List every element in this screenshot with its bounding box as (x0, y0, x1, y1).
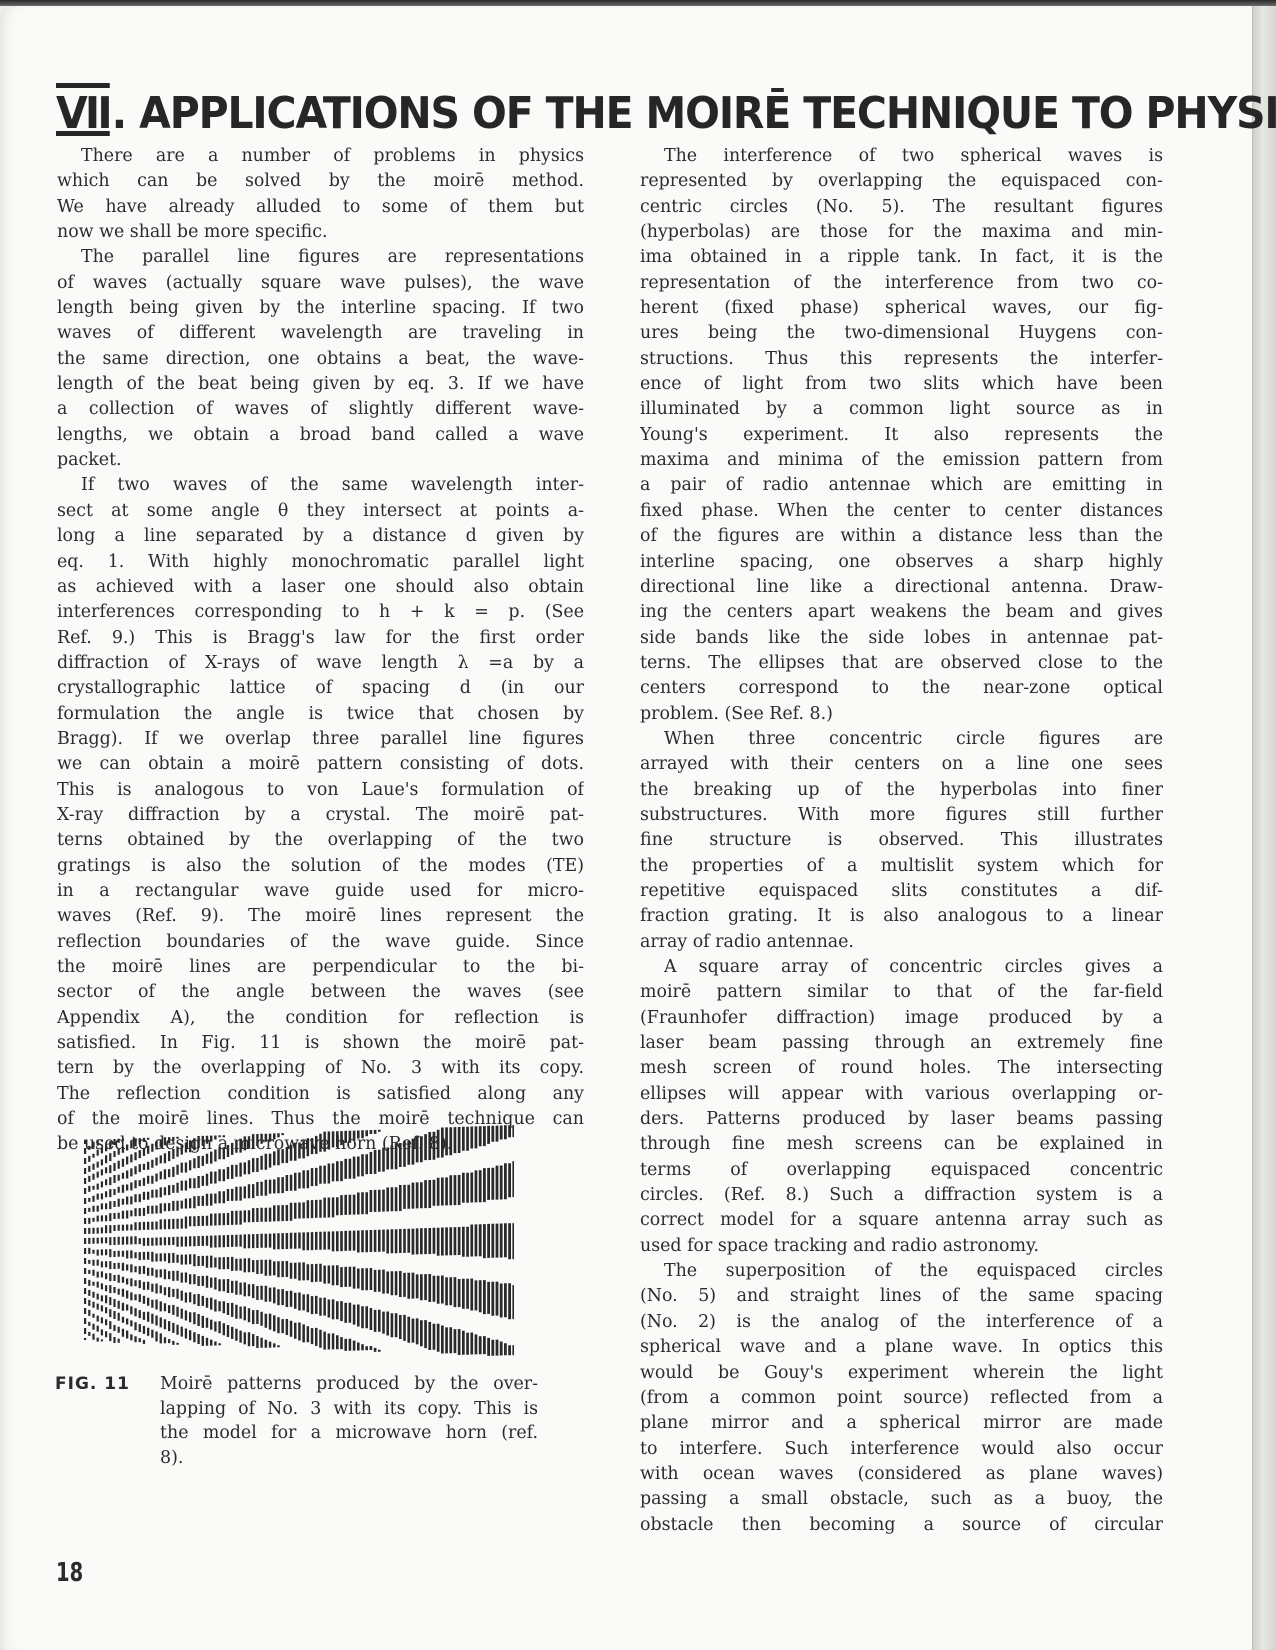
text-line: There are a number of problems in physic… (57, 144, 584, 169)
text-line: terms of overlapping equispaced concentr… (640, 1158, 1163, 1183)
text-line: ing the centers apart weakens the beam a… (640, 600, 1163, 625)
text-line: fine structure is observed. This illustr… (640, 828, 1163, 853)
moire-bars (84, 1125, 514, 1356)
text-line: moirē pattern similar to that of the far… (640, 980, 1163, 1005)
text-line: structions. Thus this represents the int… (640, 347, 1163, 372)
text-line: X-ray diffraction by a crystal. The moir… (57, 803, 584, 828)
text-line: side bands like the side lobes in antenn… (640, 626, 1163, 651)
text-line: lapping of No. 3 with its copy. This is (160, 1397, 538, 1422)
left-text-column: There are a number of problems in physic… (57, 144, 584, 1158)
text-line: the same direction, one obtains a beat, … (57, 347, 584, 372)
text-line: ellipses will appear with various overla… (640, 1082, 1163, 1107)
text-line: of waves (actually square wave pulses), … (57, 271, 584, 296)
text-line: arrayed with their centers on a line one… (640, 752, 1163, 777)
text-line: array of radio antennae. (640, 930, 1163, 955)
text-line: This is analogous to von Laue's formulat… (57, 778, 584, 803)
text-line: plane mirror and a spherical mirror are … (640, 1411, 1163, 1436)
text-line: (from a common point source) reflected f… (640, 1386, 1163, 1411)
text-line: the properties of a multislit system whi… (640, 854, 1163, 879)
text-line: Bragg). If we overlap three parallel lin… (57, 727, 584, 752)
text-line: Appendix A), the condition for reflectio… (57, 1006, 584, 1031)
text-line: tern by the overlapping of No. 3 with it… (57, 1056, 584, 1081)
text-line: illuminated by a common light source as … (640, 397, 1163, 422)
text-line: sector of the angle between the waves (s… (57, 980, 584, 1005)
text-line: satisfied. In Fig. 11 is shown the moirē… (57, 1031, 584, 1056)
text-line: terns. The ellipses that are observed cl… (640, 651, 1163, 676)
text-line: sect at some angle θ they intersect at p… (57, 499, 584, 524)
text-line: A square array of concentric circles giv… (640, 955, 1163, 980)
right-text-column: The interference of two spherical waves … (640, 144, 1163, 1538)
text-line: to interfere. Such interference would al… (640, 1437, 1163, 1462)
text-line: The parallel line figures are representa… (57, 245, 584, 270)
text-line: with ocean waves (considered as plane wa… (640, 1462, 1163, 1487)
text-line: used for space tracking and radio astron… (640, 1234, 1163, 1259)
text-line: the breaking up of the hyperbolas into f… (640, 778, 1163, 803)
text-line: 8). (160, 1446, 538, 1471)
text-line: correct model for a square antenna array… (640, 1208, 1163, 1233)
text-line: would be Gouy's experiment wherein the l… (640, 1361, 1163, 1386)
text-line: fraction grating. It is also analogous t… (640, 904, 1163, 929)
text-line: now we shall be more specific. (57, 220, 584, 245)
text-line: eq. 1. With highly monochromatic paralle… (57, 550, 584, 575)
section-numeral: VII (56, 84, 110, 144)
text-line: ders. Patterns produced by laser beams p… (640, 1107, 1163, 1132)
text-line: gratings is also the solution of the mod… (57, 854, 584, 879)
text-line: problem. (See Ref. 8.) (640, 702, 1163, 727)
text-line: We have already alluded to some of them … (57, 195, 584, 220)
text-line: repetitive equispaced slits constitutes … (640, 879, 1163, 904)
text-line: representation of the interference from … (640, 271, 1163, 296)
text-line: a pair of radio antennae which are emitt… (640, 473, 1163, 498)
text-line: centers correspond to the near-zone opti… (640, 676, 1163, 701)
text-line: The reflection condition is satisfied al… (57, 1082, 584, 1107)
text-line: through fine mesh screens can be explain… (640, 1132, 1163, 1157)
text-line: crystallographic lattice of spacing d (i… (57, 676, 584, 701)
text-line: waves (Ref. 9). The moirē lines represen… (57, 904, 584, 929)
figure-11-moire-image (84, 1120, 514, 1360)
text-line: circles. (Ref. 8.) Such a diffraction sy… (640, 1183, 1163, 1208)
section-heading: VII. APPLICATIONS OF THE MOIRĒ TECHNIQUE… (56, 84, 1107, 144)
text-line: of the figures are within a distance les… (640, 524, 1163, 549)
text-line: Moirē patterns produced by the over- (160, 1372, 538, 1397)
text-line: centric circles (No. 5). The resultant f… (640, 195, 1163, 220)
page-number: 18 (56, 1558, 83, 1588)
text-line: represented by overlapping the equispace… (640, 169, 1163, 194)
text-line: interline spacing, one observes a sharp … (640, 550, 1163, 575)
text-line: ima obtained in a ripple tank. In fact, … (640, 245, 1163, 270)
text-line: spherical wave and a plane wave. In opti… (640, 1335, 1163, 1360)
text-line: substructures. With more figures still f… (640, 803, 1163, 828)
book-spine-edge (1252, 6, 1276, 1650)
text-line: (hyperbolas) are those for the maxima an… (640, 220, 1163, 245)
text-line: fixed phase. When the center to center d… (640, 499, 1163, 524)
text-line: length of the beat being given by eq. 3.… (57, 372, 584, 397)
text-line: we can obtain a moirē pattern consisting… (57, 752, 584, 777)
text-line: (No. 2) is the analog of the interferenc… (640, 1310, 1163, 1335)
text-line: directional line like a directional ante… (640, 575, 1163, 600)
text-line: passing a small obstacle, such as a buoy… (640, 1487, 1163, 1512)
text-line: waves of different wavelength are travel… (57, 321, 584, 346)
text-line: packet. (57, 448, 584, 473)
moire-pattern-graphic (84, 1120, 514, 1360)
text-line: length being given by the interline spac… (57, 296, 584, 321)
text-line: the model for a microwave horn (ref. (160, 1421, 538, 1446)
text-line: reflection boundaries of the wave guide.… (57, 930, 584, 955)
text-line: as achieved with a laser one should also… (57, 575, 584, 600)
text-line: obstacle then becoming a source of circu… (640, 1513, 1163, 1538)
text-line: laser beam passing through an extremely … (640, 1031, 1163, 1056)
text-line: (Fraunhofer diffraction) image produced … (640, 1006, 1163, 1031)
text-line: If two waves of the same wavelength inte… (57, 473, 584, 498)
text-line: which can be solved by the moirē method. (57, 169, 584, 194)
text-line: maxima and minima of the emission patter… (640, 448, 1163, 473)
text-line: diffraction of X-rays of wave length λ =… (57, 651, 584, 676)
text-line: The superposition of the equispaced circ… (640, 1259, 1163, 1284)
text-line: long a line separated by a distance d gi… (57, 524, 584, 549)
text-line: mesh screen of round holes. The intersec… (640, 1056, 1163, 1081)
text-line: interferences corresponding to h + k = p… (57, 600, 584, 625)
text-line: (No. 5) and straight lines of the same s… (640, 1284, 1163, 1309)
text-line: The interference of two spherical waves … (640, 144, 1163, 169)
text-line: in a rectangular wave guide used for mic… (57, 879, 584, 904)
text-line: lengths, we obtain a broad band called a… (57, 423, 584, 448)
figure-label: FIG. 11 (55, 1374, 130, 1394)
text-line: terns obtained by the overlapping of the… (57, 828, 584, 853)
text-line: ence of light from two slits which have … (640, 372, 1163, 397)
text-line: When three concentric circle figures are (640, 727, 1163, 752)
figure-caption: Moirē patterns produced by the over-lapp… (160, 1372, 538, 1470)
text-line: herent (fixed phase) spherical waves, ou… (640, 296, 1163, 321)
text-line: the moirē lines are perpendicular to the… (57, 955, 584, 980)
text-line: formulation the angle is twice that chos… (57, 702, 584, 727)
text-line: Ref. 9.) This is Bragg's law for the fir… (57, 626, 584, 651)
text-line: Young's experiment. It also represents t… (640, 423, 1163, 448)
text-line: a collection of waves of slightly differ… (57, 397, 584, 422)
text-line: ures being the two-dimensional Huygens c… (640, 321, 1163, 346)
section-title: . APPLICATIONS OF THE MOIRĒ TECHNIQUE TO… (112, 88, 1276, 139)
